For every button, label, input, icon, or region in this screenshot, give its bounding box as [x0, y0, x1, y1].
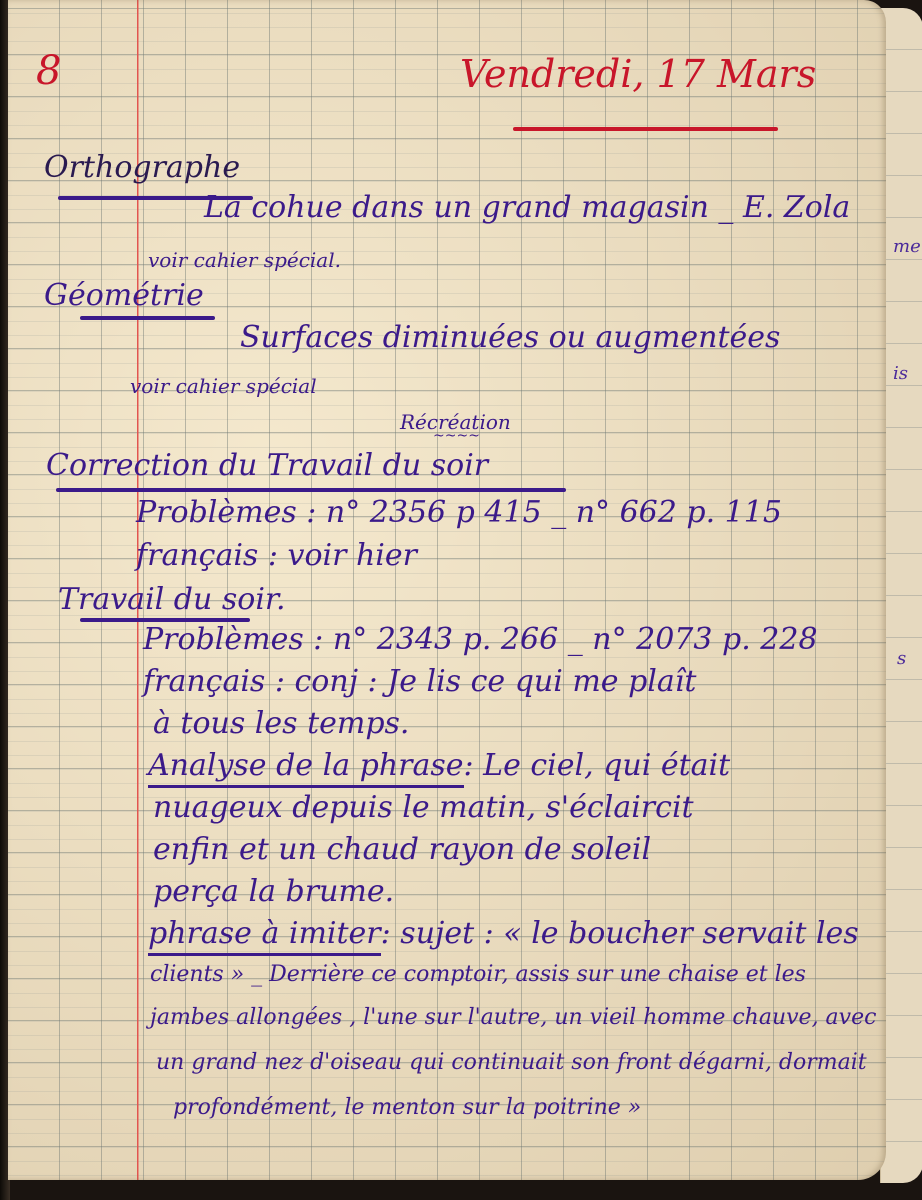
- section-heading-geometrie: Géométrie: [44, 278, 204, 313]
- bleed-text: me: [893, 236, 921, 257]
- bleed-text: s: [897, 648, 906, 669]
- analyse-heading: Analyse de la phrase: [148, 748, 464, 788]
- analyse-line-3: enfin et un chaud rayon de soleil: [153, 832, 651, 867]
- analyse-line-1: : Le ciel, qui était: [464, 748, 731, 783]
- section-heading-orthographe: Orthographe: [44, 150, 240, 185]
- correction-problemes: Problèmes : n° 2356 p 415 _ n° 662 p. 11…: [136, 495, 782, 530]
- wavy-underline: ~~~~: [433, 428, 480, 444]
- geometrie-note: voir cahier spécial: [130, 374, 317, 398]
- imiter-line-4: un grand nez d'oiseau qui continuait son…: [156, 1050, 867, 1075]
- bleed-text: is: [893, 363, 908, 384]
- imiter-line-1: : sujet : « le boucher servait les: [381, 916, 859, 951]
- orthographe-title: La cohue dans un grand magasin _ E. Zola: [204, 190, 850, 225]
- heading-underline: [56, 488, 566, 492]
- imiter-line-5: profondément, le menton sur la poitrine …: [173, 1095, 641, 1120]
- travail-francais-2: à tous les temps.: [153, 706, 409, 741]
- imiter-line-2: clients » _ Derrière ce comptoir, assis …: [150, 962, 806, 987]
- analyse-line-4: perça la brume.: [153, 874, 394, 909]
- geometrie-title: Surfaces diminuées ou augmentées: [240, 320, 780, 355]
- next-page-edge: me is s: [880, 8, 922, 1183]
- imiter-heading: phrase à imiter: [148, 916, 381, 956]
- page-number: 8: [36, 48, 61, 94]
- orthographe-note: voir cahier spécial.: [148, 248, 341, 272]
- date-underline: [513, 127, 778, 131]
- imiter-line-3: jambes allongées , l'une sur l'autre, un…: [150, 1005, 876, 1030]
- heading-underline: [80, 316, 215, 320]
- imiter-line: phrase à imiter: sujet : « le boucher se…: [148, 916, 859, 951]
- analyse-line-2: nuageux depuis le matin, s'éclaircit: [153, 790, 694, 825]
- travail-problemes: Problèmes : n° 2343 p. 266 _ n° 2073 p. …: [143, 622, 818, 657]
- section-heading-travail: Travail du soir.: [58, 582, 286, 617]
- correction-francais: français : voir hier: [136, 538, 417, 573]
- analyse-label: Analyse de la phrase: Le ciel, qui était: [148, 748, 730, 783]
- page-date: Vendredi, 17 Mars: [460, 52, 816, 96]
- travail-francais-1: français : conj : Je lis ce qui me plaît: [143, 664, 696, 699]
- section-heading-correction: Correction du Travail du soir: [46, 448, 488, 483]
- notebook-page: 8 Vendredi, 17 Mars Orthographe La cohue…: [8, 0, 886, 1180]
